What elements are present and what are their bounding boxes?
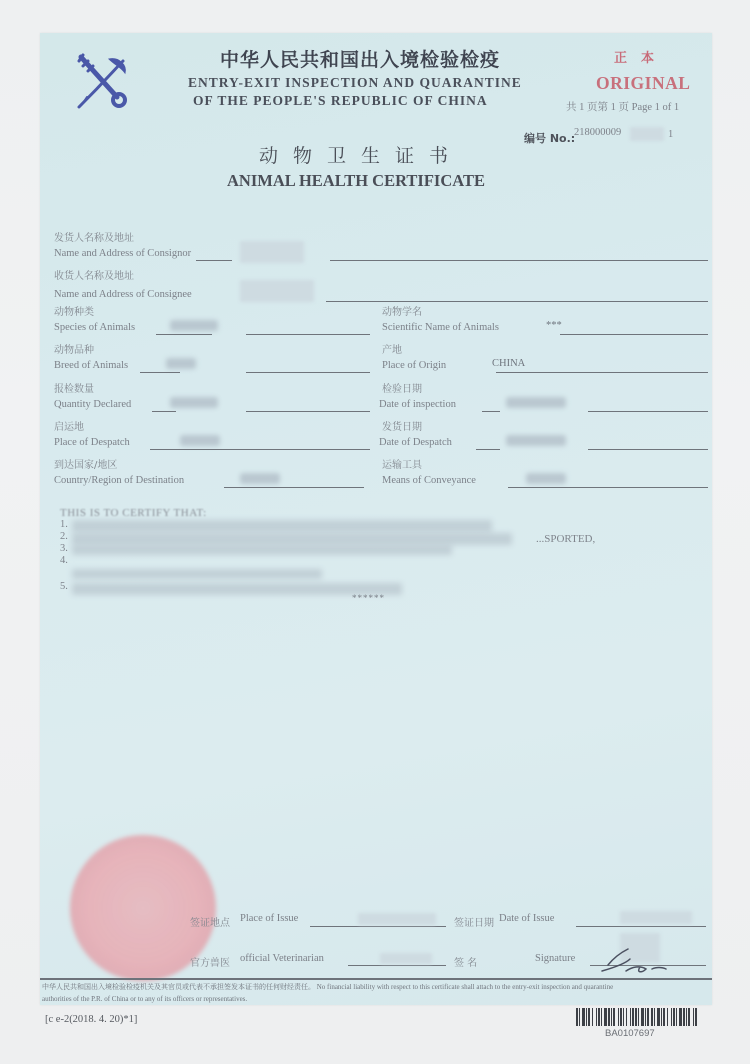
official-vet-label-en: official Veterinarian	[240, 953, 324, 964]
field-input-line[interactable]	[482, 411, 500, 412]
field-input-line[interactable]	[496, 372, 708, 373]
field-label-cn: 检验日期	[382, 380, 422, 395]
redacted-value	[240, 473, 280, 484]
redacted-text	[72, 533, 512, 545]
certification-item-number: 2.	[60, 531, 68, 542]
field-label-en: Date of Despatch	[379, 437, 452, 448]
field-label-cn: 动物种类	[54, 303, 94, 318]
footer-divider	[40, 978, 712, 980]
field-input-line[interactable]	[246, 411, 370, 412]
consignor-underline-a	[196, 260, 232, 261]
redacted-block	[358, 913, 436, 925]
certification-item-number: 1.	[60, 519, 68, 530]
barcode-icon	[576, 1008, 698, 1026]
field-label-cn: 动物学名	[382, 303, 422, 318]
field-input-line[interactable]	[560, 334, 708, 335]
consignor-label-cn: 发货人名称及地址	[54, 229, 134, 244]
field-label-cn: 报检数量	[54, 380, 94, 395]
field-label-en: Quantity Declared	[54, 399, 131, 410]
field-input-line[interactable]	[150, 449, 370, 450]
barcode-number: BA0107697	[605, 1028, 655, 1039]
form-code: [c e-2(2018. 4. 20)*1]	[45, 1014, 137, 1025]
redacted-text	[72, 520, 492, 532]
disclaimer-line-1: 中华人民共和国出入境检验检疫机关及其官员或代表不承担签发本证书的任何财经责任。 …	[42, 982, 613, 992]
field-label-en: Date of inspection	[379, 399, 456, 410]
field-label-en: Place of Origin	[382, 360, 446, 371]
document-title-en: ANIMAL HEALTH CERTIFICATE	[227, 171, 485, 191]
field-input-line[interactable]	[588, 411, 708, 412]
redacted-value	[506, 435, 566, 446]
field-label-cn: 启运地	[54, 418, 84, 433]
field-label-cn: 产地	[382, 341, 402, 356]
consignee-field[interactable]	[326, 301, 708, 302]
field-input-line[interactable]	[152, 411, 176, 412]
agency-name-en-line2: OF THE PEOPLE'S REPUBLIC OF CHINA	[193, 93, 488, 109]
redacted-block	[240, 280, 314, 302]
redacted-value	[170, 320, 218, 331]
redacted-value	[170, 397, 218, 408]
page-indicator: 共 1 页第 1 页 Page 1 of 1	[566, 99, 679, 114]
field-label-en: Country/Region of Destination	[54, 475, 184, 486]
field-label-cn: 到达国家/地区	[54, 456, 117, 471]
certificate-number-value: 218000009	[574, 127, 621, 138]
field-input-line[interactable]	[246, 334, 370, 335]
date-of-issue-label-cn: 签证日期	[454, 914, 494, 929]
consignor-label-en: Name and Address of Consignor	[54, 248, 191, 259]
redacted-block	[380, 953, 432, 964]
redacted-block	[630, 127, 664, 141]
field-label-en: Place of Despatch	[54, 437, 130, 448]
field-label-en: Means of Conveyance	[382, 475, 476, 486]
certificate-number-tail: 1	[668, 129, 673, 140]
certification-heading: THIS IS TO CERTIFY THAT:	[60, 507, 207, 519]
field-input-line[interactable]	[140, 372, 180, 373]
disclaimer-line-2: authorities of the P.R. of China or to a…	[42, 995, 247, 1003]
redacted-value	[166, 358, 196, 369]
date-of-issue-label-en: Date of Issue	[499, 913, 554, 924]
field-input-line[interactable]	[224, 487, 364, 488]
consignor-field[interactable]	[330, 260, 708, 261]
agency-name-en-line1: ENTRY-EXIT INSPECTION AND QUARANTINE	[188, 75, 522, 91]
field-label-cn: 动物品种	[54, 341, 94, 356]
field-label-en: Breed of Animals	[54, 360, 128, 371]
field-label-en: Scientific Name of Animals	[382, 322, 499, 333]
redacted-text	[72, 569, 322, 579]
signature-label-cn: 签 名	[454, 954, 477, 969]
agency-name-cn: 中华人民共和国出入境检验检疫	[220, 45, 500, 72]
place-of-issue-label-cn: 签证地点	[190, 914, 230, 929]
redacted-block	[240, 241, 304, 263]
handwritten-signature	[596, 941, 678, 977]
place-of-issue-label-en: Place of Issue	[240, 913, 298, 924]
redacted-text	[72, 545, 452, 555]
date-of-issue-field[interactable]	[576, 926, 706, 927]
field-value: ***	[546, 320, 562, 331]
field-label-en: Species of Animals	[54, 322, 135, 333]
redacted-value	[180, 435, 220, 446]
document-title-cn: 动物卫生证书	[259, 141, 463, 168]
place-of-issue-field[interactable]	[310, 926, 446, 927]
field-label-cn: 运输工具	[382, 456, 422, 471]
field-input-line[interactable]	[476, 449, 500, 450]
field-value: CHINA	[492, 358, 525, 369]
official-vet-field[interactable]	[348, 965, 446, 966]
ciq-emblem-icon	[73, 51, 129, 111]
field-input-line[interactable]	[246, 372, 370, 373]
certification-item-number: 4.	[60, 555, 68, 566]
certification-item-number: 3.	[60, 543, 68, 554]
original-label-en: ORIGINAL	[596, 73, 690, 94]
redacted-value	[526, 473, 566, 484]
field-input-line[interactable]	[156, 334, 212, 335]
certificate-sheet: 中华人民共和国出入境检验检疫 ENTRY-EXIT INSPECTION AND…	[40, 33, 712, 1005]
field-input-line[interactable]	[508, 487, 708, 488]
field-label-cn: 发货日期	[382, 418, 422, 433]
official-vet-label-cn: 官方兽医	[190, 954, 230, 969]
field-input-line[interactable]	[588, 449, 708, 450]
end-marker: ******	[352, 593, 385, 603]
certification-item-number: 5.	[60, 581, 68, 592]
signature-label-en: Signature	[535, 953, 575, 964]
consignee-label-en: Name and Address of Consignee	[54, 289, 192, 300]
consignee-label-cn: 收货人名称及地址	[54, 267, 134, 282]
original-label-cn: 正本	[614, 47, 668, 66]
certificate-number-label: 编号 No.:	[524, 130, 575, 146]
redacted-block	[620, 911, 692, 924]
certification-item-2-text: ...SPORTED,	[536, 533, 595, 545]
redacted-value	[506, 397, 566, 408]
